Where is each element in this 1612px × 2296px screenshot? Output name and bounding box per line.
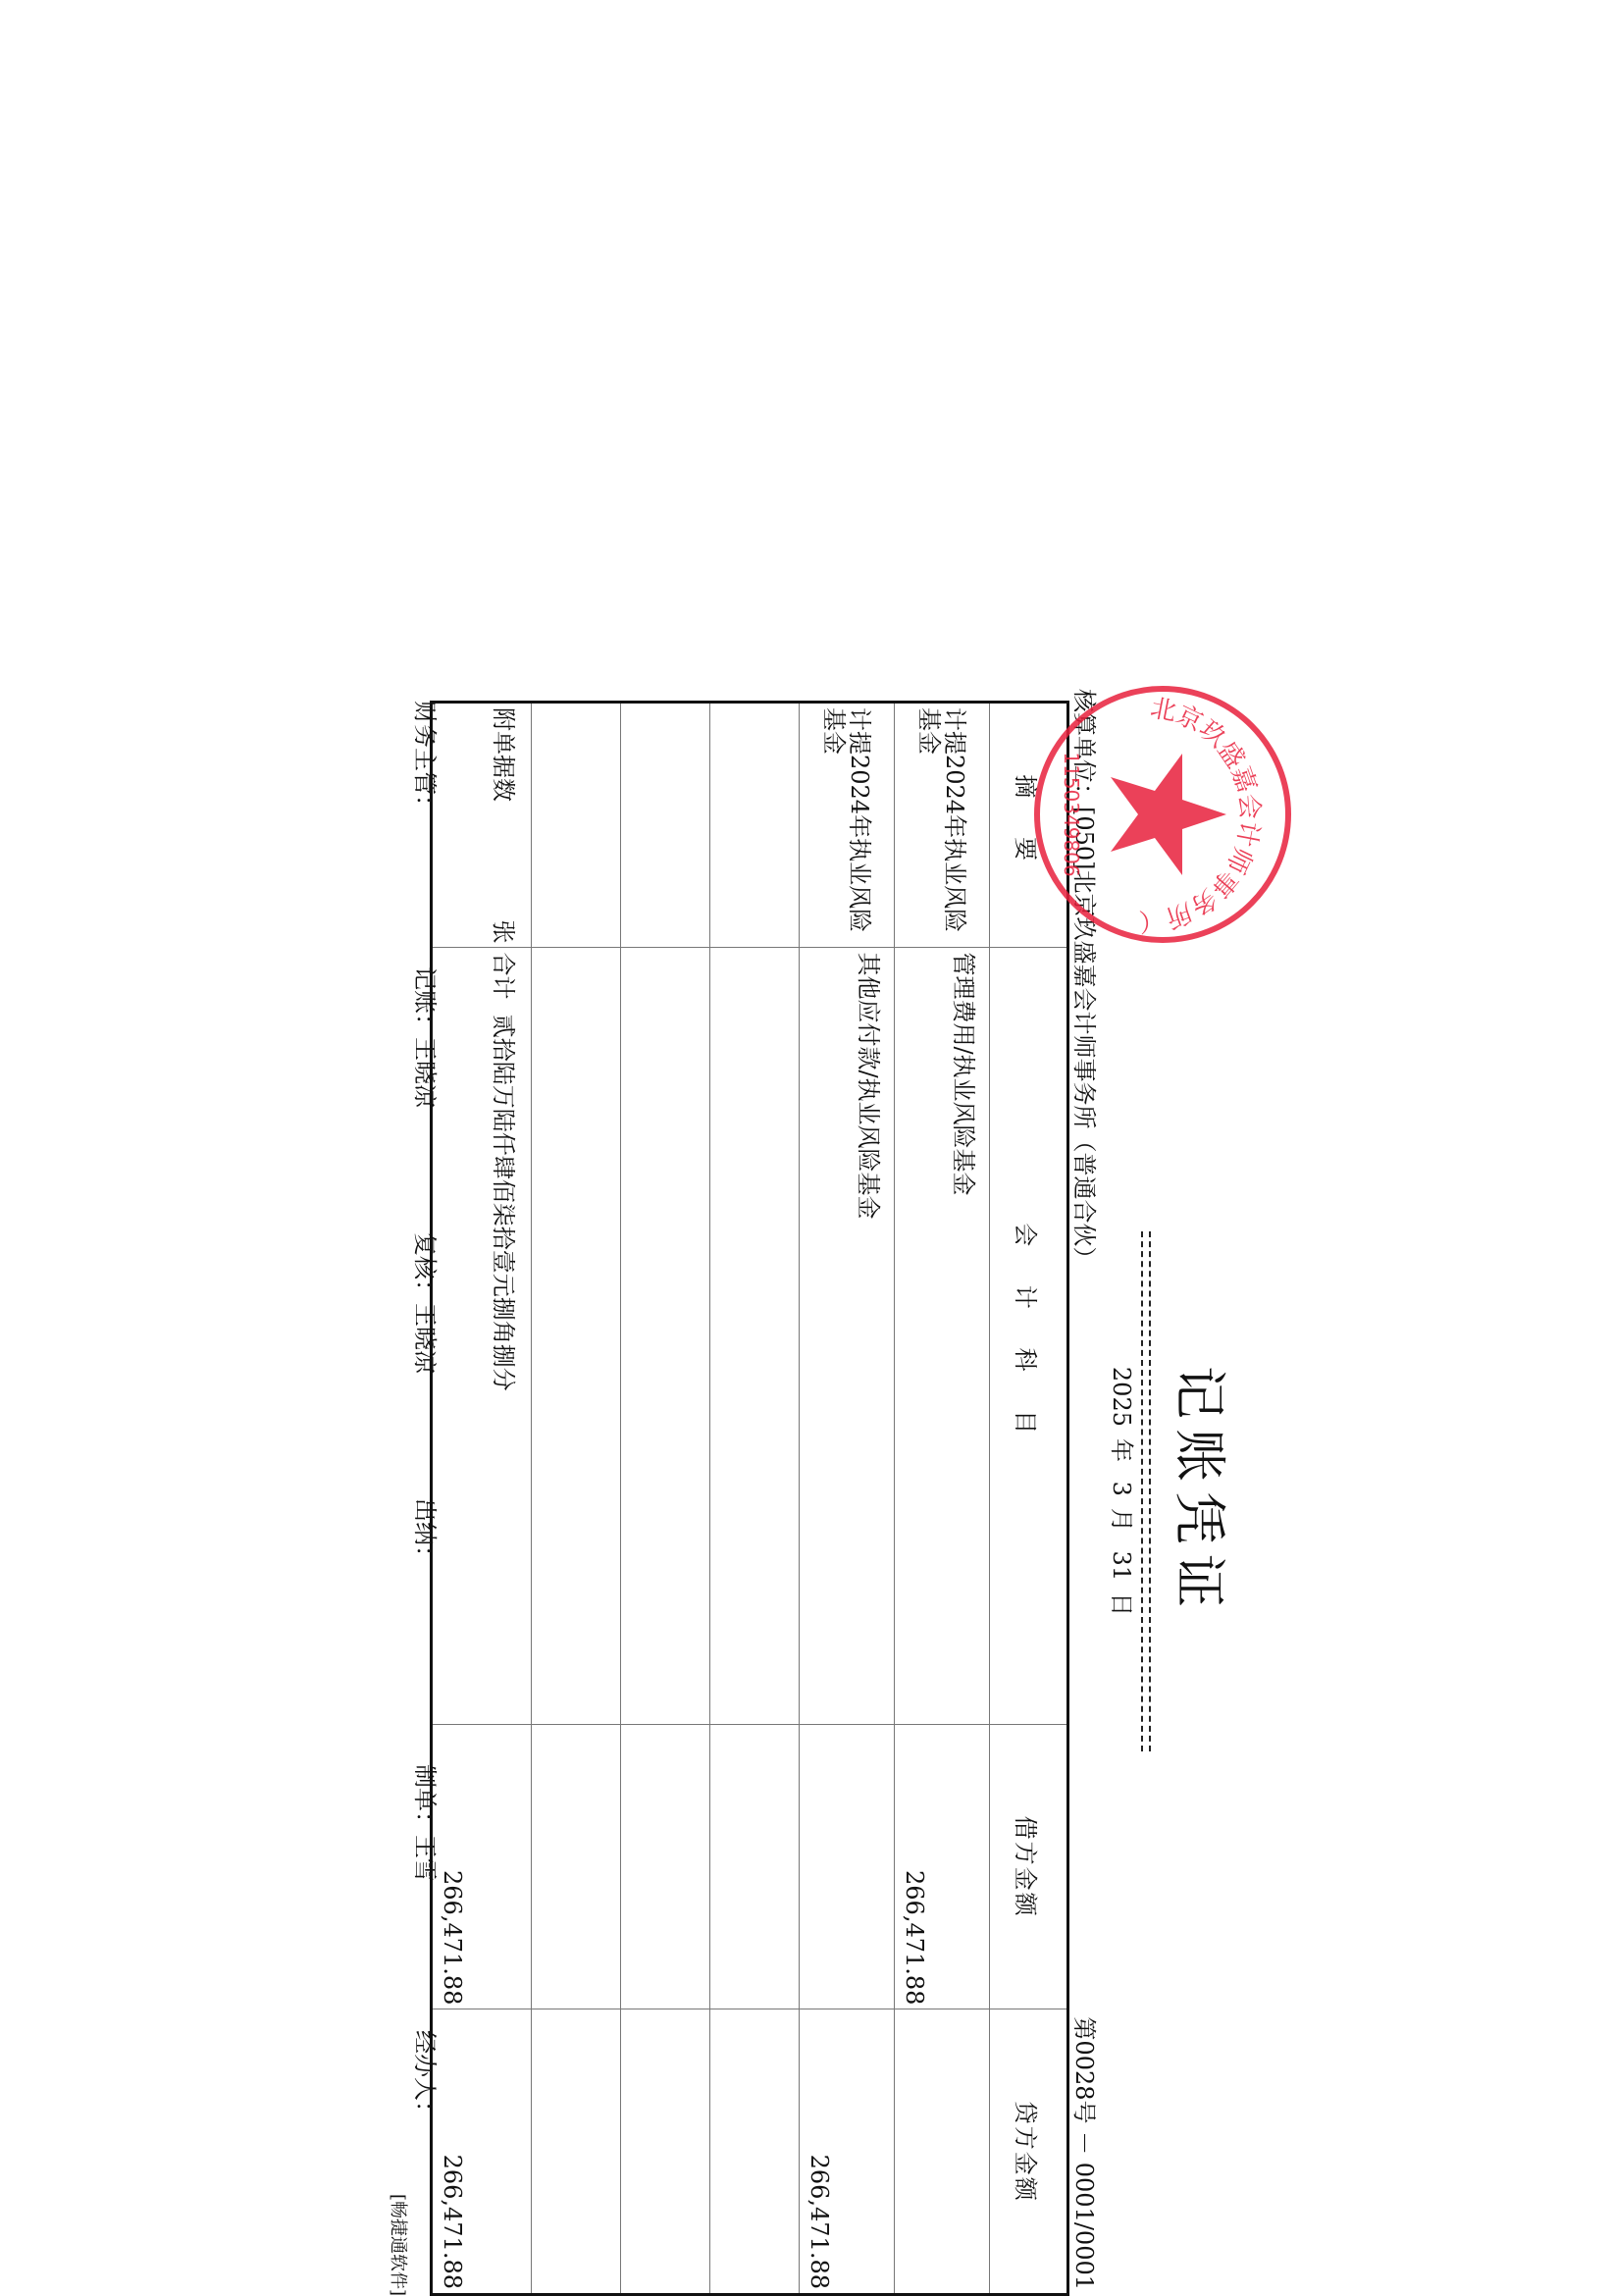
row-summary (710, 703, 800, 948)
row-credit (532, 2009, 621, 2295)
title-double-rule (1141, 1231, 1151, 1751)
voucher-table: 摘 要 会 计 科 目 借方金额 贷方金额 计提2024年执业风险基金 管理费用… (430, 701, 1069, 2296)
table-row: 计提2024年执业风险基金 其他应付款/执业风险基金 266,471.88 (800, 703, 895, 2295)
signature-line: 财务主管： 记账：王晓凉 复核：王晓凉 出纳： 制单：王雪 经办人： (410, 701, 444, 2296)
row-summary (621, 703, 710, 948)
accounting-unit: 核算单位：[050]北京玖盛嘉会计师事务所（普通合伙） (1069, 689, 1104, 1271)
sig-bookkeeper: 记账：王晓凉 (410, 966, 444, 1232)
row-debit (532, 1724, 621, 2009)
header-account: 会 计 科 目 (990, 948, 1068, 1724)
row-credit: 266,471.88 (800, 2009, 895, 2295)
row-debit (710, 1724, 800, 2009)
row-summary: 计提2024年执业风险基金 (895, 703, 990, 948)
voucher-title: 记账凭证 (1166, 687, 1241, 2296)
header-summary: 摘 要 (990, 703, 1068, 948)
table-row: 计提2024年执业风险基金 管理费用/执业风险基金 266,471.88 (895, 703, 990, 2295)
table-row (710, 703, 800, 2295)
table-row (532, 703, 621, 2295)
table-header: 摘 要 会 计 科 目 借方金额 贷方金额 (990, 703, 1068, 2295)
attachments-count: 附单据数 张 (432, 703, 532, 948)
row-debit: 266,471.88 (895, 1724, 990, 2009)
row-credit (710, 2009, 800, 2295)
sig-supervisor: 财务主管： (410, 701, 444, 966)
row-credit (621, 2009, 710, 2295)
total-debit: 266,471.88 (432, 1724, 532, 2009)
row-account (532, 948, 621, 1724)
total-in-words: 合计 贰拾陆万陆仟肆佰柒拾壹元捌角捌分 (432, 948, 532, 1724)
voucher-date: 2025年 3月 31日 (1107, 687, 1141, 2296)
voucher-number: 第0028号 － 0001/0001 (1069, 2016, 1104, 2290)
accounting-voucher: 记账凭证 2025年 3月 31日 核算单位：[050]北京玖盛嘉会计师事务所（… (495, 687, 1241, 2296)
sig-handler: 经办人： (410, 2030, 444, 2296)
row-credit (895, 2009, 990, 2295)
header-debit: 借方金额 (990, 1724, 1068, 2009)
row-account (710, 948, 800, 1724)
sig-cashier: 出纳： (410, 1498, 444, 1764)
row-debit (621, 1724, 710, 2009)
sig-preparer: 制单：王雪 (410, 1764, 444, 2030)
row-account: 其他应付款/执业风险基金 (800, 948, 895, 1724)
sig-reviewer: 复核：王晓凉 (410, 1232, 444, 1498)
total-credit: 266,471.88 (432, 2009, 532, 2295)
row-summary: 计提2024年执业风险基金 (800, 703, 895, 948)
row-summary (532, 703, 621, 948)
table-row (621, 703, 710, 2295)
row-debit (800, 1724, 895, 2009)
table-footer: 附单据数 张 合计 贰拾陆万陆仟肆佰柒拾壹元捌角捌分 266,471.88 26… (432, 703, 532, 2295)
software-credit: [畅捷通软件] (387, 2194, 412, 2296)
row-account (621, 948, 710, 1724)
header-credit: 贷方金额 (990, 2009, 1068, 2295)
row-account: 管理费用/执业风险基金 (895, 948, 990, 1724)
